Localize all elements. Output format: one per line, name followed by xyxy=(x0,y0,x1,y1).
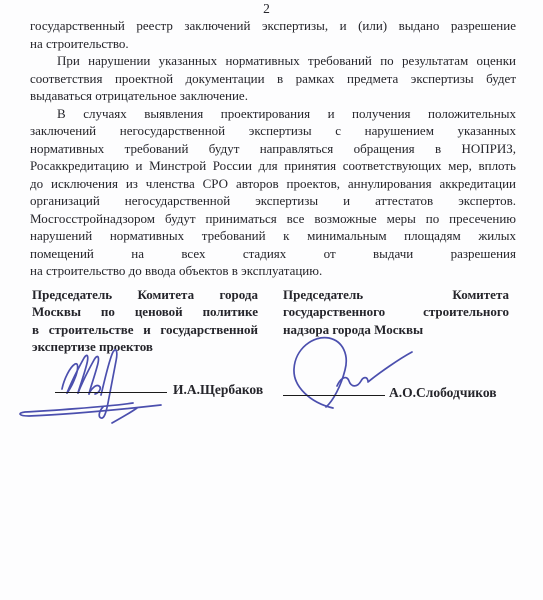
text-line: на строительство. xyxy=(30,35,516,53)
text-line: выдаваться отрицательное заключение. xyxy=(30,87,516,105)
text-line: соответствия проектной документации в ра… xyxy=(30,70,516,88)
text-line: организаций негосударственной экспертизы… xyxy=(30,192,516,210)
signature-title-line: Председатель Комитета города xyxy=(32,286,258,303)
signature-title-line: Москвы по ценовой политике xyxy=(32,303,258,320)
text-line: нарушений нормативных требований к миним… xyxy=(30,227,516,245)
signature-title-line: государственного строительного xyxy=(283,303,509,320)
text-line: помещений на всех стадиях от выдачи разр… xyxy=(30,245,516,263)
text-line: на строительство до ввода объектов в экс… xyxy=(30,262,516,280)
text-line: заключений негосударственной экспертизы … xyxy=(30,122,516,140)
signature-line-left xyxy=(55,392,167,393)
signature-title-line: Председатель Комитета xyxy=(283,286,509,303)
text-line: При нарушении указанных нормативных треб… xyxy=(30,52,516,70)
text-line: государственный реестр заключений экспер… xyxy=(30,17,516,35)
text-line: Росаккредитацию и Минстрой России для пр… xyxy=(30,157,516,175)
text-line: до исключения из членства СРО авторов пр… xyxy=(30,175,516,193)
document-page: 2 государственный реестр заключений эксп… xyxy=(0,0,543,600)
body-text: государственный реестр заключений экспер… xyxy=(30,17,516,280)
signature-line-right xyxy=(283,395,385,396)
signature-ink-left xyxy=(15,345,180,425)
page-number: 2 xyxy=(0,1,533,17)
text-line: В случаях выявления проектирования и пол… xyxy=(30,105,516,123)
text-line: нормативных требований будут направлятьс… xyxy=(30,140,516,158)
signature-title-line: в строительстве и государственной xyxy=(32,321,258,338)
text-line: Мосгосстройнадзором будут приниматься вс… xyxy=(30,210,516,228)
signatory-name-left: И.А.Щербаков xyxy=(173,382,263,398)
signatory-name-right: А.О.Слободчиков xyxy=(389,385,497,401)
